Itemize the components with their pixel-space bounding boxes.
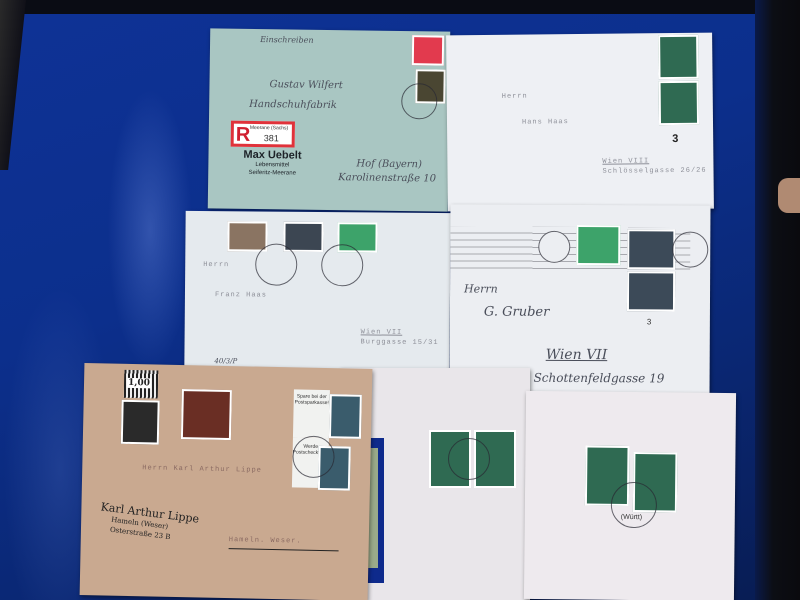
postmark — [538, 231, 570, 263]
stamp-steamship — [627, 229, 675, 269]
registration-label: R Meerane (Sachs) 381 — [231, 121, 295, 148]
address-line: Herrn — [502, 93, 528, 101]
address-line: Gustav Wilfert — [269, 79, 342, 91]
registered-cover: Einschreiben Gustav Wilfert Handschuhfab… — [208, 28, 450, 211]
stamp-ship-brown — [227, 221, 267, 251]
advert-label: Spare bei der Postsparkasse! — [293, 389, 330, 438]
margin-number: 3 — [647, 317, 652, 326]
sheet-margin: 1,00 — [124, 370, 159, 399]
address-line: Karolinenstraße 10 — [338, 172, 436, 184]
address-line: Hof (Bayern) — [356, 158, 422, 170]
postmark — [321, 244, 363, 286]
address-line: Schottenfeldgasse 19 — [534, 371, 665, 386]
postmark — [448, 438, 490, 480]
stamp-hindenburg — [121, 400, 160, 445]
kraft-cover: 1,00 Spare bei der Postsparkasse! Werde … — [80, 363, 373, 600]
margin-value: 1,00 — [127, 378, 151, 388]
stamp-building — [181, 389, 232, 440]
stamp-hitler-blue — [329, 394, 362, 439]
dark-background-top — [0, 0, 800, 14]
address-line: Hans Haas — [522, 118, 569, 126]
address-line: Franz Haas — [215, 291, 267, 299]
dark-background-right — [755, 0, 800, 600]
stamp-steamship — [627, 271, 675, 311]
stamp-hitler-red — [412, 35, 444, 65]
address-line: Hameln. Weser. — [229, 536, 339, 551]
white-cover-middle-right: 3 Herrn G. Gruber Wien VII Schottenfeldg… — [450, 204, 711, 395]
stamp-plebiscite — [658, 35, 698, 79]
registration-place: Meerane (Sachs) — [250, 125, 288, 132]
address-line: Wien VII — [361, 328, 403, 336]
registration-letter: R — [236, 124, 251, 147]
pencil-note: 40/3/P — [214, 357, 237, 365]
hand-fragment — [778, 178, 800, 213]
sender-block: Karl Arthur Lippe Hameln (Weser) Osterst… — [97, 500, 199, 545]
address-line: Herrn Karl Arthur Lippe — [142, 464, 262, 475]
address-line: G. Gruber — [484, 304, 549, 319]
registration-number: 381 — [264, 133, 279, 143]
postmark-text: (Württ) — [621, 514, 642, 521]
address-line: Handschuhfabrik — [249, 99, 337, 111]
address-line: Herrn — [464, 282, 498, 295]
address-line: Schlösselgasse 26/26 — [602, 167, 706, 176]
stamp-plebiscite — [659, 81, 699, 125]
margin-number: 3 — [672, 133, 678, 145]
address-line: Herrn — [203, 261, 229, 269]
stamp-ship-green — [576, 225, 620, 265]
postmark-dortmund — [672, 231, 708, 267]
postmark — [255, 243, 297, 285]
postmark — [401, 83, 437, 119]
address-line: Burggasse 15/31 — [361, 338, 439, 347]
sender-line: Seiferitz-Meerane — [228, 169, 316, 178]
postmark — [611, 482, 657, 528]
address-line: Wien VIII — [602, 157, 649, 165]
white-cover-bottom-right: (Württ) — [524, 391, 736, 600]
address-line: Wien VII — [546, 347, 608, 363]
white-cover-top-right: Herrn Hans Haas Wien VIII Schlösselgasse… — [446, 33, 714, 212]
top-handwriting: Einschreiben — [260, 35, 314, 45]
sender-block: Max Uebelt Lebensmittel Seiferitz-Meeran… — [228, 149, 316, 178]
white-cover-middle-left: Herrn Franz Haas Wien VII Burggasse 15/3… — [184, 211, 450, 371]
